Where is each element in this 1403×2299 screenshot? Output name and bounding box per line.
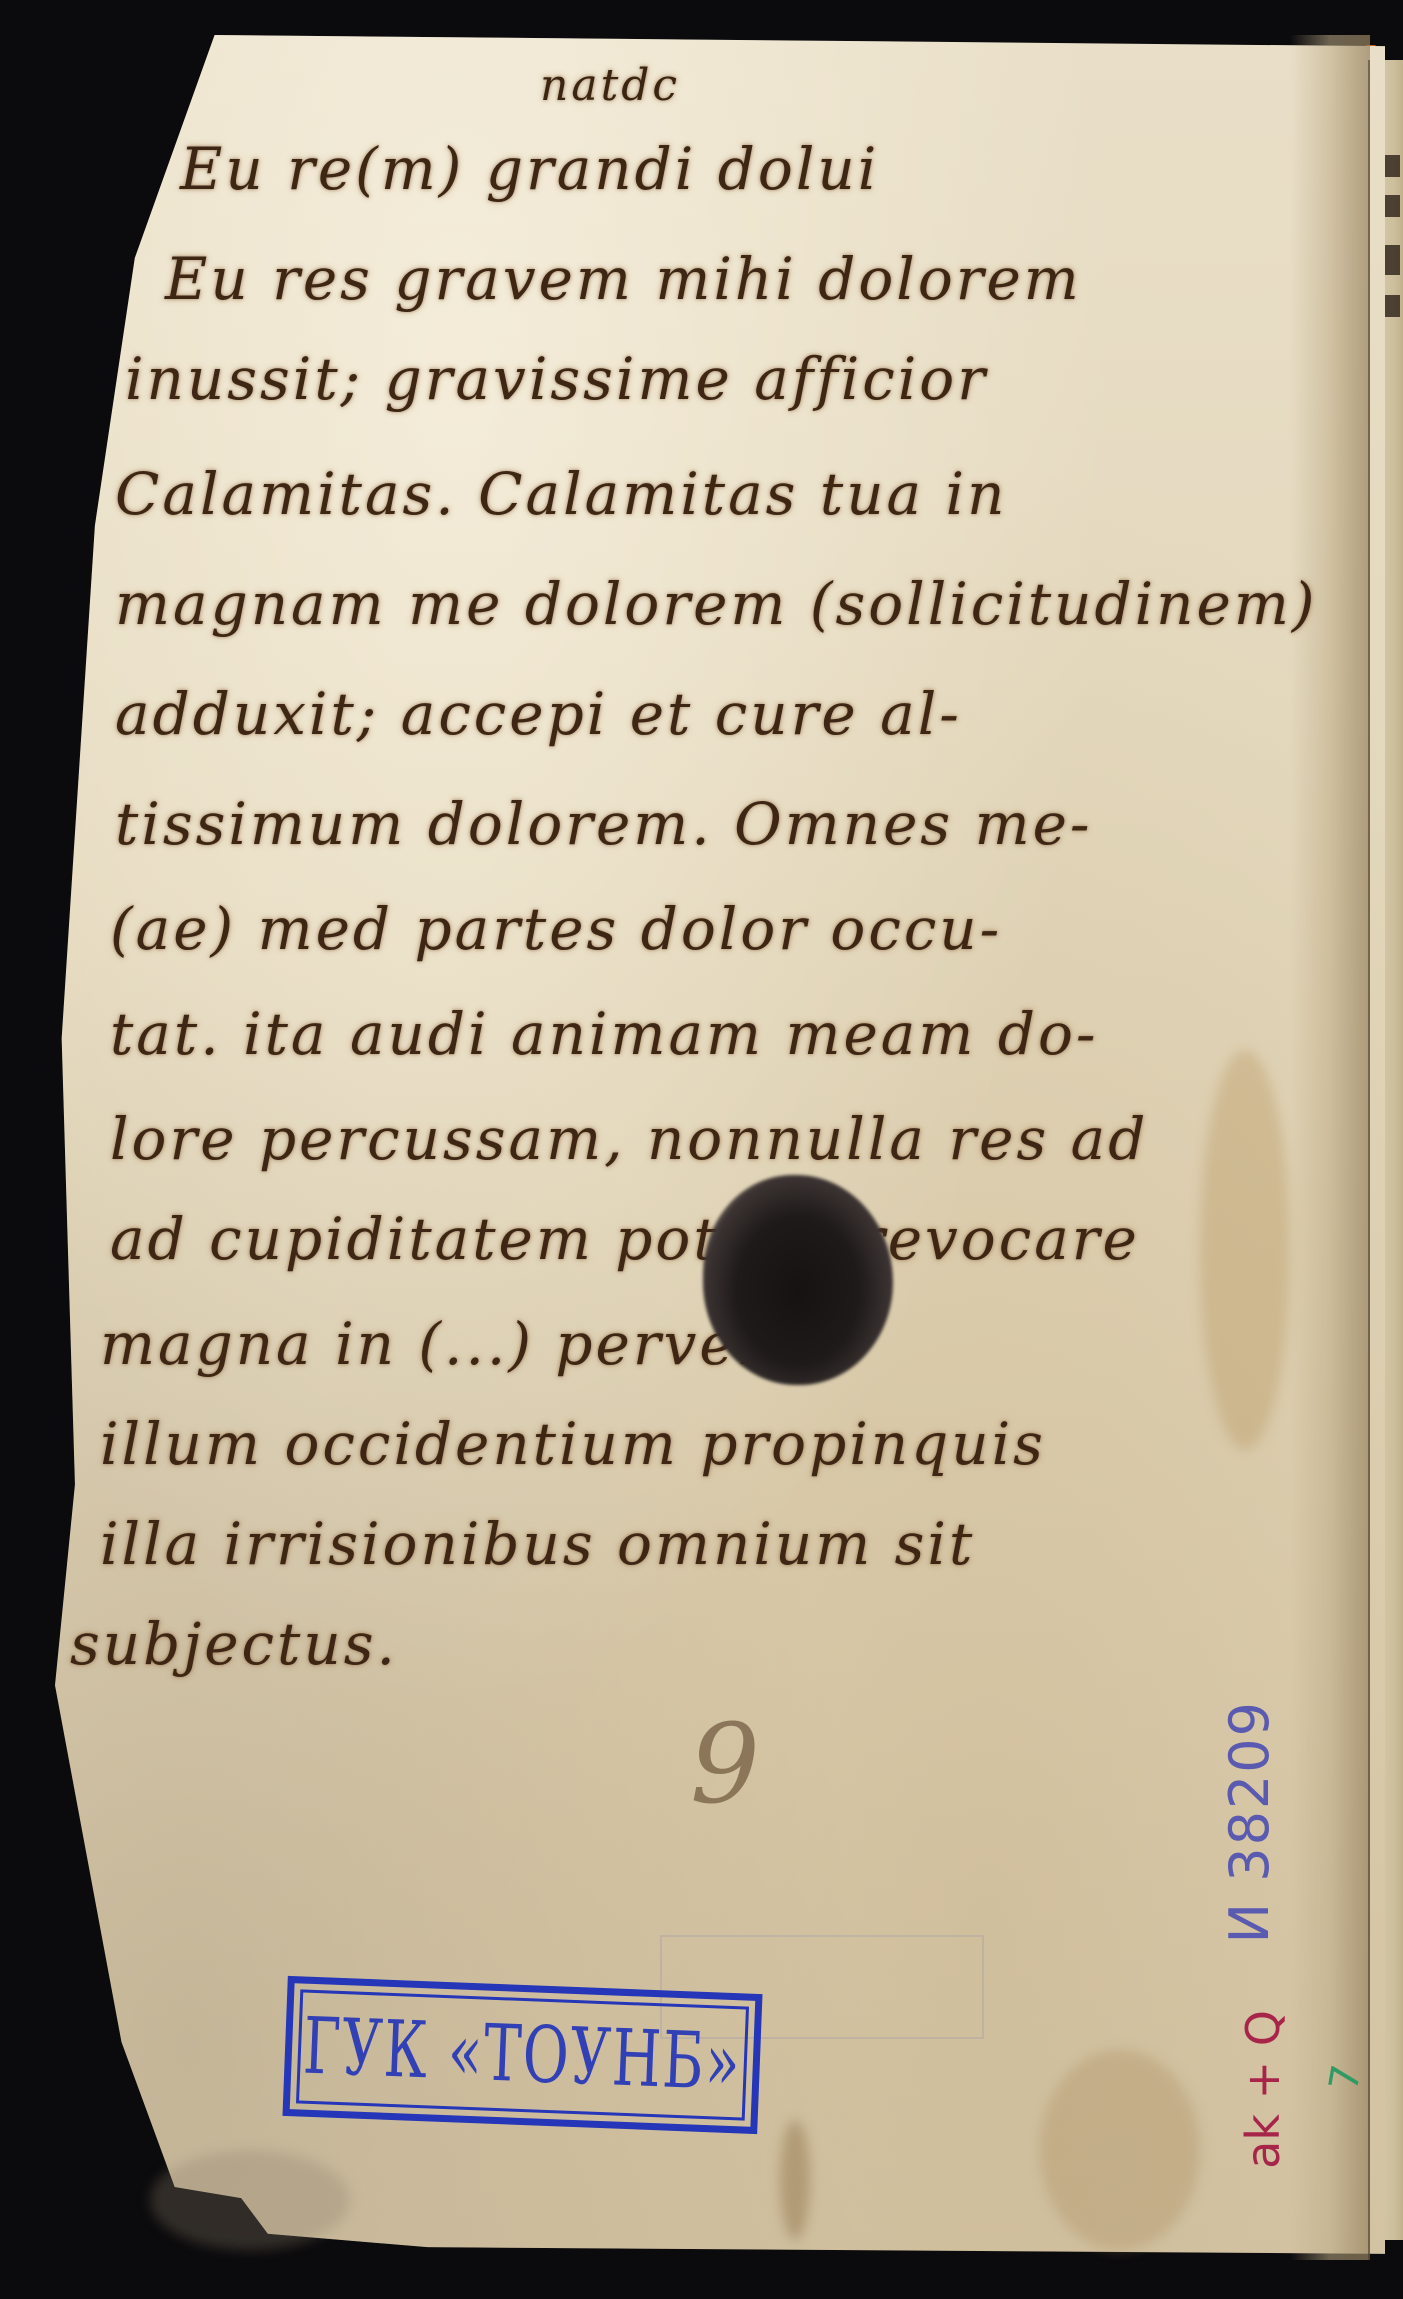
manuscript-line: tat. ita audi animam meam do- bbox=[110, 1000, 1098, 1068]
manuscript-line: tissimum dolorem. Omnes me- bbox=[115, 790, 1093, 858]
manuscript-line: subjectus. bbox=[70, 1610, 398, 1678]
manuscript-line: Eu res gravem mihi dolorem bbox=[165, 245, 1082, 313]
library-stamp-text: ГУК «ТОУНБ» bbox=[302, 2002, 743, 2109]
manuscript-line: Eu re(m) grandi dolui bbox=[180, 135, 879, 203]
library-stamp-inner-frame: ГУК «ТОУНБ» bbox=[296, 1989, 749, 2120]
manuscript-line: lore percussam, nonnulla res ad bbox=[110, 1105, 1148, 1173]
binding-gutter bbox=[1290, 35, 1370, 2260]
water-stain bbox=[1040, 2050, 1200, 2250]
gutter-fold-line bbox=[1368, 60, 1370, 2260]
water-stain bbox=[1200, 1050, 1290, 1450]
manuscript-line: adduxit; accepi et cure al- bbox=[115, 680, 962, 748]
manuscript-line: illum occidentium propinquis bbox=[100, 1410, 1046, 1478]
manuscript-line: ad cupiditatem poterit revocare bbox=[110, 1205, 1140, 1273]
manuscript-line: illa irrisionibus omnium sit bbox=[100, 1510, 975, 1578]
grime-stain bbox=[150, 2150, 350, 2250]
library-stamp: ГУК «ТОУНБ» bbox=[282, 1976, 762, 2134]
inventory-number: И 38209 bbox=[1218, 1700, 1281, 1943]
interlinear-note: natdc bbox=[540, 60, 680, 111]
water-stain bbox=[780, 2120, 810, 2240]
red-shelfmark: ak + Q bbox=[1236, 2010, 1290, 2169]
manuscript-line: inussit; gravissime afficior bbox=[125, 345, 988, 413]
manuscript-line: magnam me dolorem (sollicitudinem) bbox=[115, 570, 1317, 638]
manuscript-line: (ae) med partes dolor occu- bbox=[110, 895, 1002, 963]
ink-blot bbox=[703, 1175, 893, 1385]
folio-number: 9 bbox=[690, 1700, 760, 1828]
manuscript-line: Calamitas. Calamitas tua in bbox=[115, 460, 1007, 528]
